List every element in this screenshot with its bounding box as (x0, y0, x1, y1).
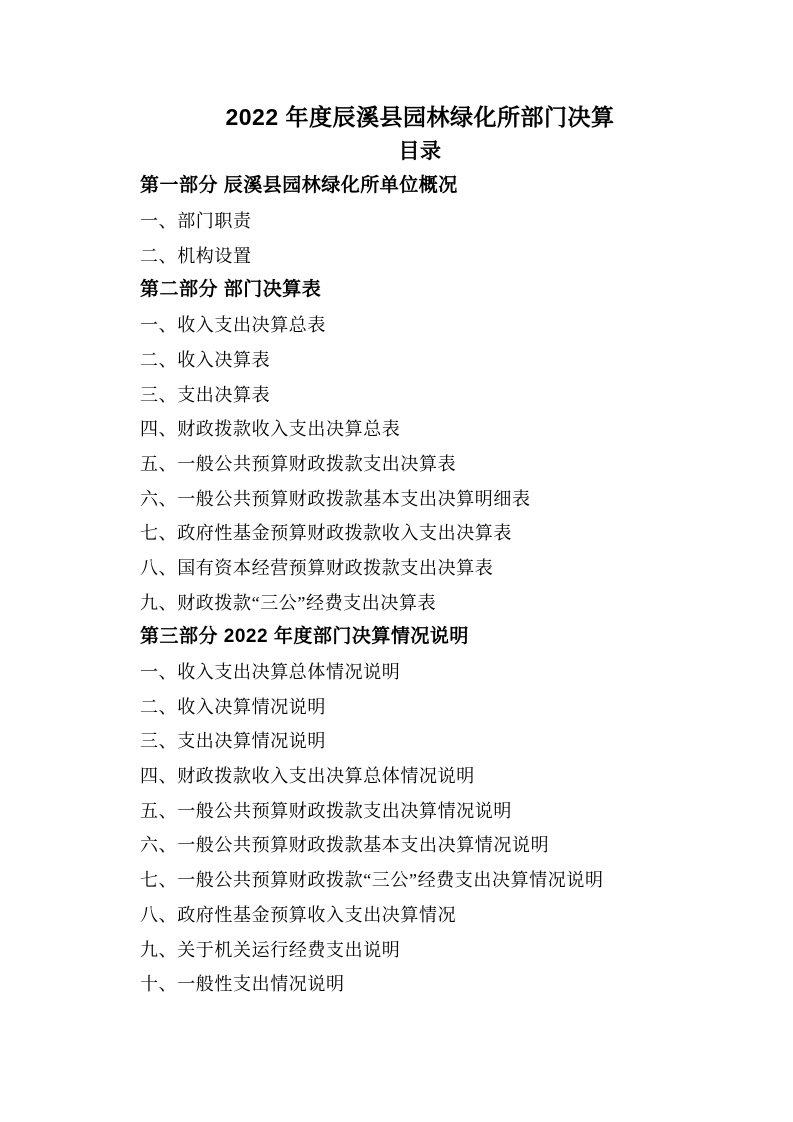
toc-item: 一、收入支出决算总体情况说明 (140, 655, 700, 690)
toc-item: 三、支出决算表 (140, 378, 700, 413)
toc-item: 一、收入支出决算总表 (140, 308, 700, 343)
toc-item: 九、关于机关运行经费支出说明 (140, 933, 700, 968)
toc-item: 八、政府性基金预算收入支出决算情况 (140, 898, 700, 933)
toc-item: 七、政府性基金预算财政拨款收入支出决算表 (140, 516, 700, 551)
toc-item: 十、一般性支出情况说明 (140, 967, 700, 1002)
section-heading-part1: 第一部分 辰溪县园林绿化所单位概况 (140, 169, 700, 204)
document-title: 2022 年度辰溪县园林绿化所部门决算 (140, 100, 700, 135)
toc-item: 八、国有资本经营预算财政拨款支出决算表 (140, 551, 700, 586)
toc-item: 一、部门职责 (140, 204, 700, 239)
toc-item: 二、收入决算情况说明 (140, 690, 700, 725)
toc-item: 七、一般公共预算财政拨款“三公”经费支出决算情况说明 (140, 863, 700, 898)
toc-item: 九、财政拨款“三公”经费支出决算表 (140, 586, 700, 621)
toc-item: 四、财政拨款收入支出决算总表 (140, 412, 700, 447)
document-page: 2022 年度辰溪县园林绿化所部门决算 目录 第一部分 辰溪县园林绿化所单位概况… (0, 0, 793, 1122)
section-heading-part2: 第二部分 部门决算表 (140, 273, 700, 308)
toc-item: 二、机构设置 (140, 239, 700, 274)
toc-item: 三、支出决算情况说明 (140, 724, 700, 759)
toc-item: 四、财政拨款收入支出决算总体情况说明 (140, 759, 700, 794)
toc-item: 二、收入决算表 (140, 343, 700, 378)
section-heading-part3: 第三部分 2022 年度部门决算情况说明 (140, 620, 700, 655)
toc-item: 五、一般公共预算财政拨款支出决算情况说明 (140, 794, 700, 829)
toc-content: 2022 年度辰溪县园林绿化所部门决算 目录 第一部分 辰溪县园林绿化所单位概况… (140, 100, 700, 1002)
toc-title: 目录 (140, 135, 700, 170)
toc-item: 六、一般公共预算财政拨款基本支出决算明细表 (140, 482, 700, 517)
toc-item: 六、一般公共预算财政拨款基本支出决算情况说明 (140, 828, 700, 863)
toc-item: 五、一般公共预算财政拨款支出决算表 (140, 447, 700, 482)
